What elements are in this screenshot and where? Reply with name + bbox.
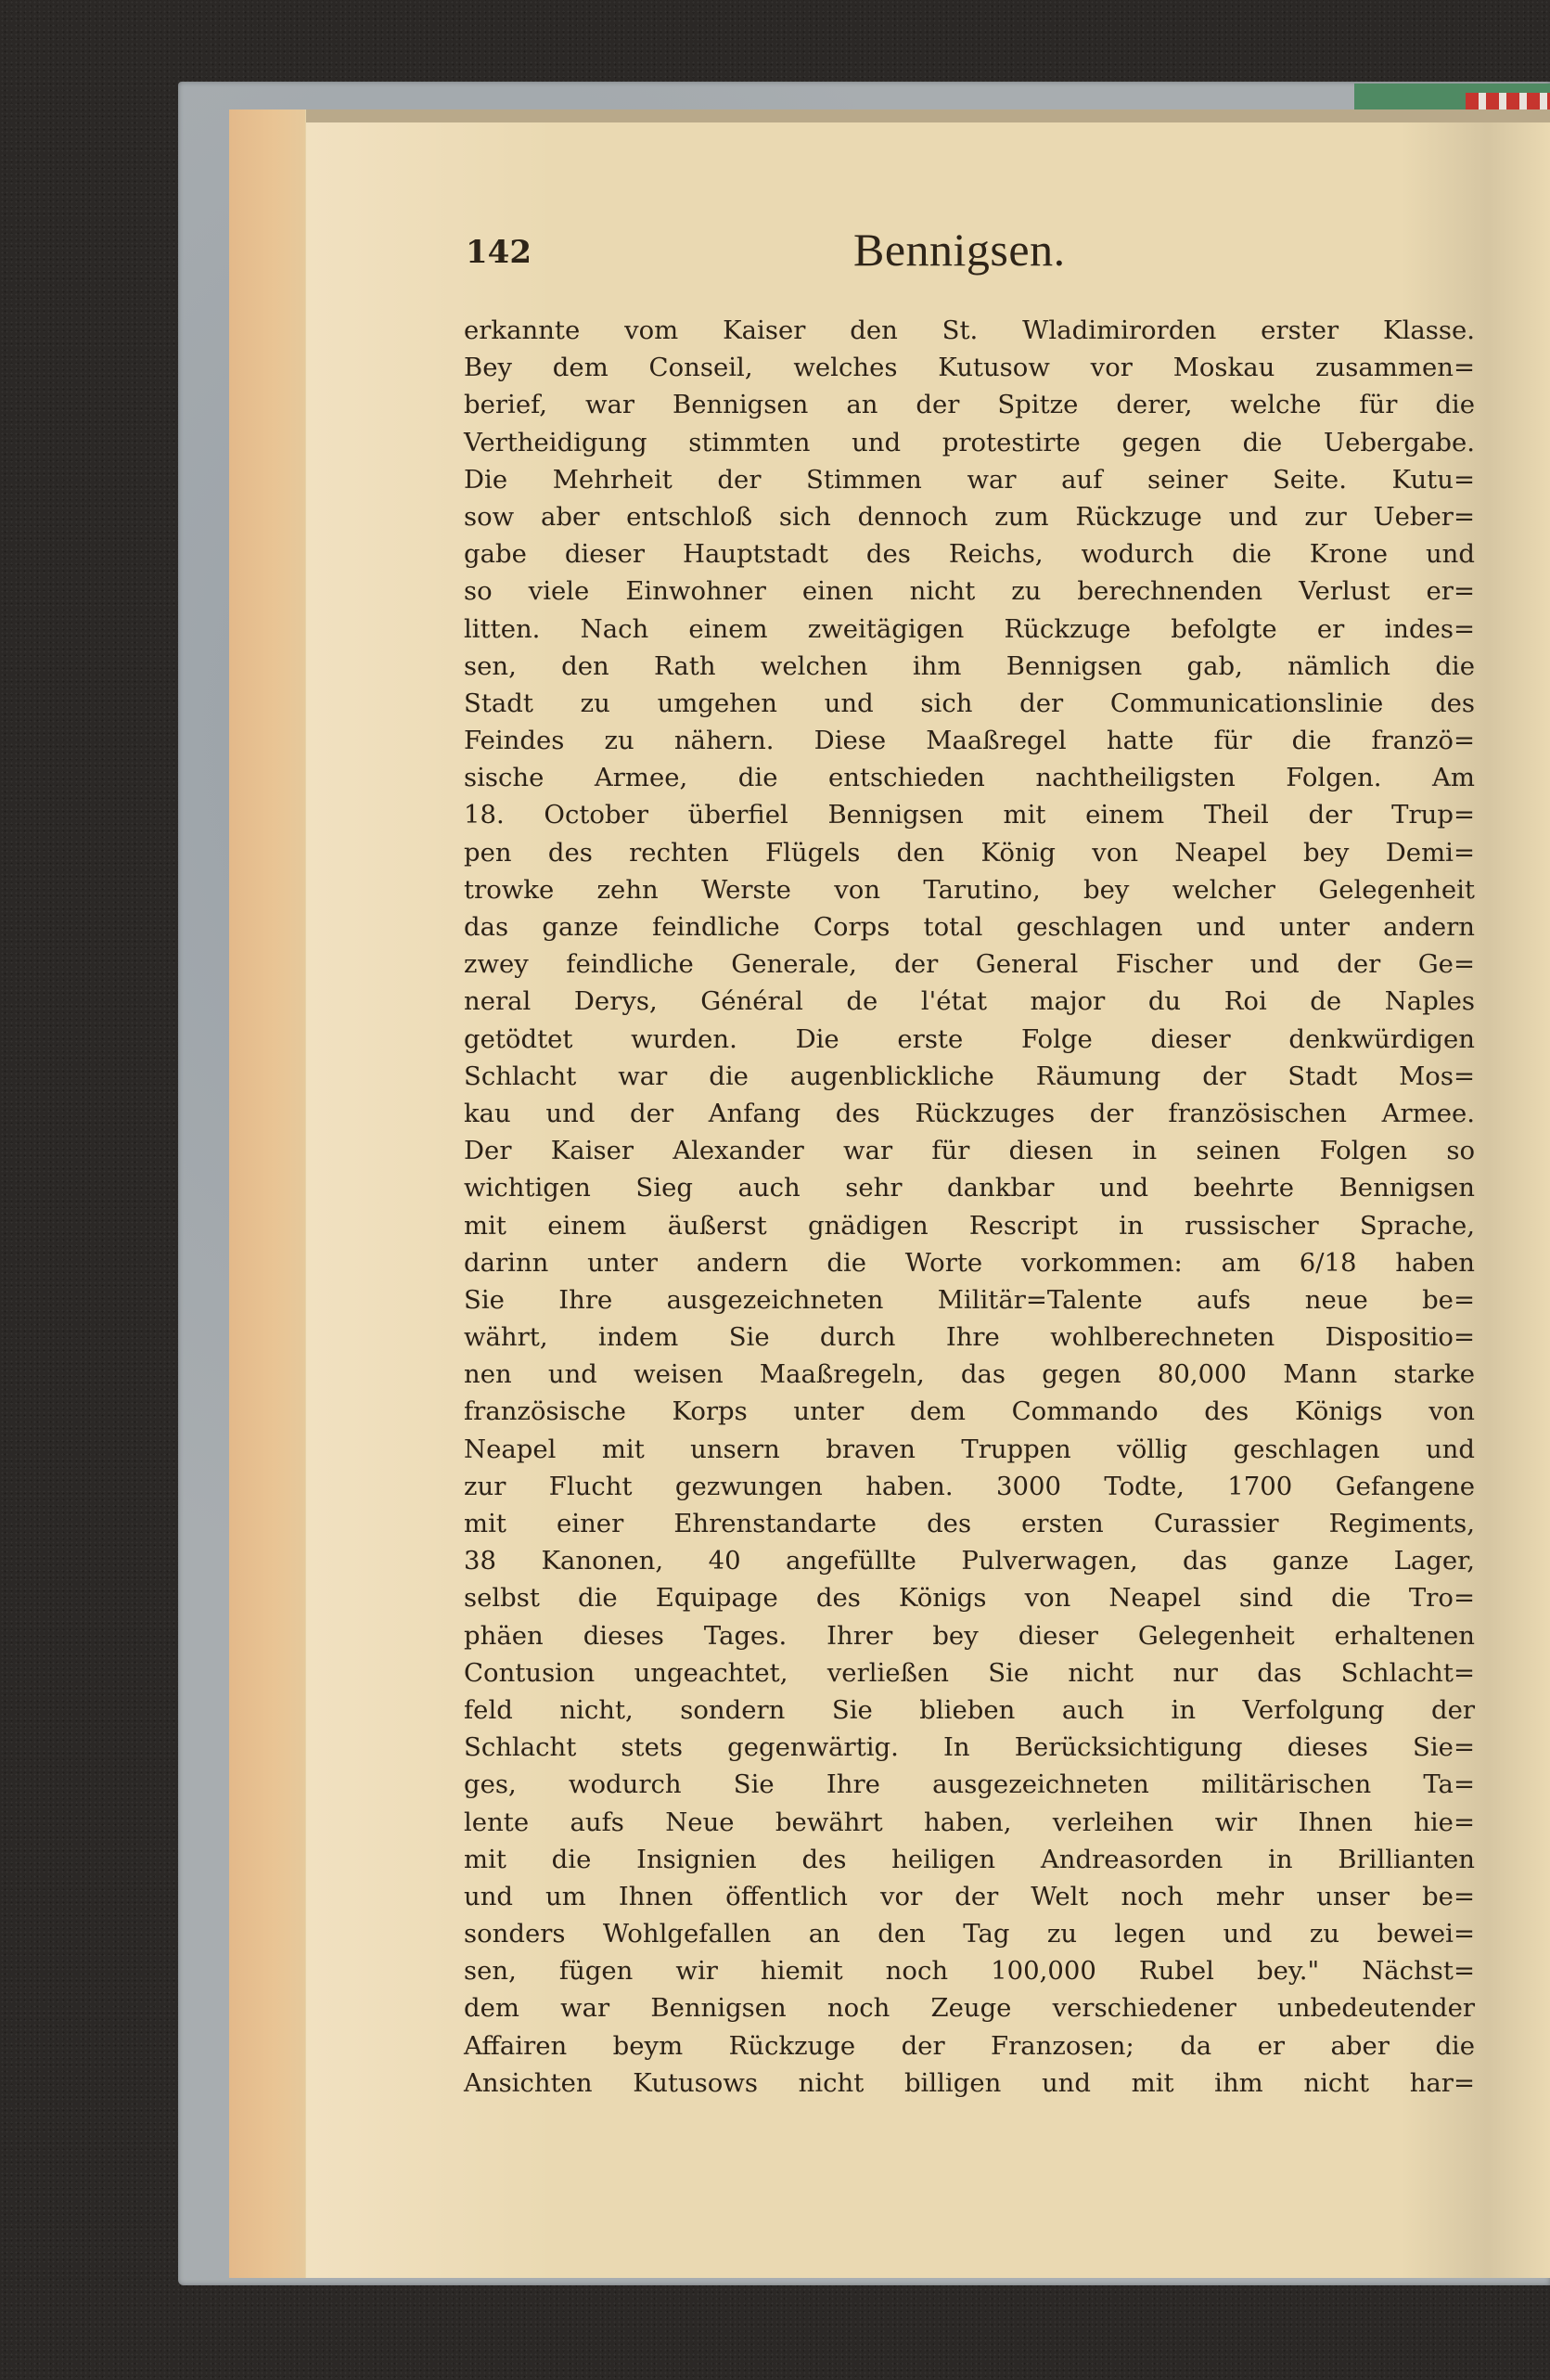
text-line: Affairen beym Rückzuge der Franzosen; da… (464, 2027, 1475, 2065)
text-line: Vertheidigung stimmten und protestirte g… (464, 424, 1475, 461)
text-line: sonders Wohlgefallen an den Tag zu legen… (464, 1915, 1475, 1952)
text-line: sische Armee, die entschieden nachtheili… (464, 759, 1475, 796)
text-line: Feindes zu nähern. Diese Maaßregel hatte… (464, 722, 1475, 759)
text-line: sen, fügen wir hiemit noch 100,000 Rubel… (464, 1952, 1475, 1989)
text-line: lente aufs Neue bewährt haben, verleihen… (464, 1804, 1475, 1841)
text-line: phäen dieses Tages. Ihrer bey dieser Gel… (464, 1617, 1475, 1654)
text-line: zur Flucht gezwungen haben. 3000 Todte, … (464, 1468, 1475, 1505)
text-line: Neapel mit unsern braven Truppen völlig … (464, 1431, 1475, 1468)
page-top-edge (306, 109, 1550, 122)
text-line: sen, den Rath welchen ihm Bennigsen gab,… (464, 648, 1475, 685)
text-line: ges, wodurch Sie Ihre ausgezeichneten mi… (464, 1766, 1475, 1803)
text-line: pen des rechten Flügels den König von Ne… (464, 834, 1475, 871)
text-line: französische Korps unter dem Commando de… (464, 1393, 1475, 1430)
text-line: getödtet wurden. Die erste Folge dieser … (464, 1021, 1475, 1058)
text-line: litten. Nach einem zweitägigen Rückzuge … (464, 611, 1475, 648)
text-line: berief, war Bennigsen an der Spitze dere… (464, 386, 1475, 423)
text-line: 18. October überfiel Bennigsen mit einem… (464, 796, 1475, 833)
text-line: feld nicht, sondern Sie blieben auch in … (464, 1692, 1475, 1729)
text-line: und um Ihnen öffentlich vor der Welt noc… (464, 1878, 1475, 1915)
headband-bookmark-ribbon (1466, 93, 1550, 109)
text-line: wichtigen Sieg auch sehr dankbar und bee… (464, 1169, 1475, 1206)
text-line: zwey feindliche Generale, der General Fi… (464, 946, 1475, 983)
text-line: 38 Kanonen, 40 angefüllte Pulverwagen, d… (464, 1542, 1475, 1579)
page-number: 142 (466, 234, 532, 271)
text-line: trowke zehn Werste von Tarutino, bey wel… (464, 871, 1475, 908)
text-line: Schlacht war die augenblickliche Räumung… (464, 1058, 1475, 1095)
running-head: 142 Bennigsen. (466, 223, 1477, 278)
text-line: darinn unter andern die Worte vorkommen:… (464, 1244, 1475, 1281)
text-line: nen und weisen Maaßregeln, das gegen 80,… (464, 1356, 1475, 1393)
text-line: Schlacht stets gegenwärtig. In Berücksic… (464, 1729, 1475, 1766)
text-line: erkannte vom Kaiser den St. Wladimirorde… (464, 312, 1475, 349)
text-line: mit einem äußerst gnädigen Rescript in r… (464, 1207, 1475, 1244)
text-line: das ganze feindliche Corps total geschla… (464, 908, 1475, 946)
text-line: währt, indem Sie durch Ihre wohlberechne… (464, 1319, 1475, 1356)
text-line: Bey dem Conseil, welches Kutusow vor Mos… (464, 349, 1475, 386)
text-line: dem war Bennigsen noch Zeuge verschieden… (464, 1989, 1475, 2026)
text-line: Der Kaiser Alexander war für diesen in s… (464, 1132, 1475, 1169)
text-line: kau und der Anfang des Rückzuges der fra… (464, 1095, 1475, 1132)
text-line: Die Mehrheit der Stimmen war auf seiner … (464, 461, 1475, 498)
text-line: Stadt zu umgehen und sich der Communicat… (464, 685, 1475, 722)
body-text: erkannte vom Kaiser den St. Wladimirorde… (464, 312, 1475, 2102)
text-line: Contusion ungeachtet, verließen Sie nich… (464, 1654, 1475, 1692)
text-line: mit einer Ehrenstandarte des ersten Cura… (464, 1505, 1475, 1542)
text-line: selbst die Equipage des Königs von Neape… (464, 1579, 1475, 1616)
text-line: Ansichten Kutusows nicht billigen und mi… (464, 2065, 1475, 2102)
text-line: neral Derys, Général de l'état major du … (464, 983, 1475, 1020)
text-line: gabe dieser Hauptstadt des Reichs, wodur… (464, 535, 1475, 572)
text-line: sow aber entschloß sich dennoch zum Rück… (464, 498, 1475, 535)
text-line: mit die Insignien des heiligen Andreasor… (464, 1841, 1475, 1878)
running-head-title: Bennigsen. (853, 223, 1066, 277)
text-line: Sie Ihre ausgezeichneten Militär=Talente… (464, 1281, 1475, 1319)
page-fore-edge (229, 109, 305, 2278)
text-line: so viele Einwohner einen nicht zu berech… (464, 572, 1475, 610)
